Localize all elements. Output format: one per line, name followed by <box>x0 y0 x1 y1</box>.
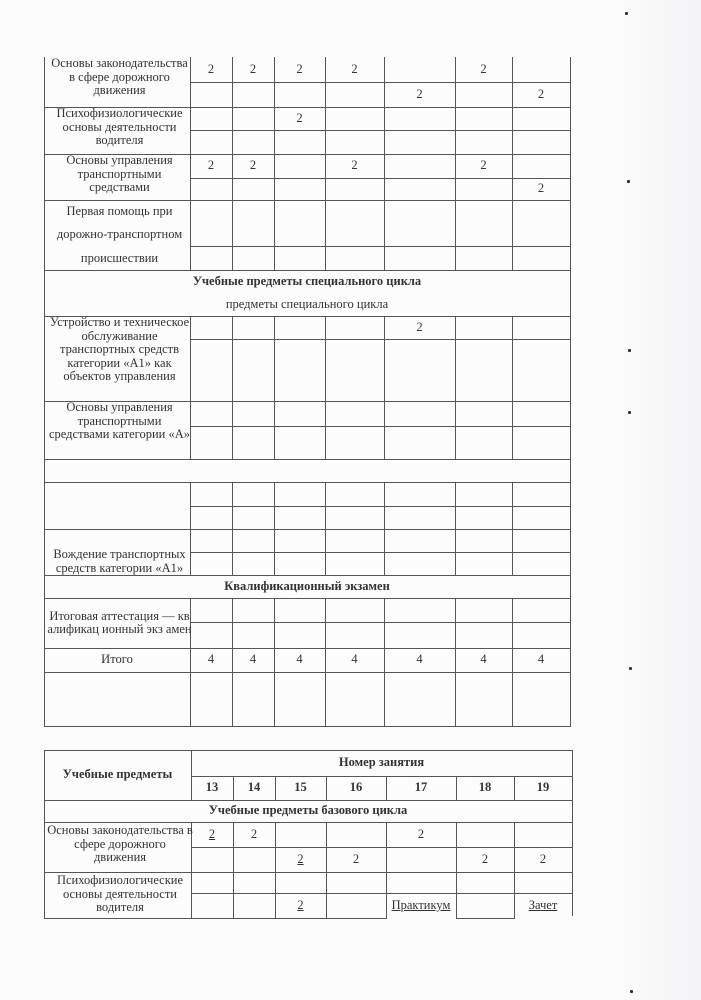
subject-cell: Основы законодательства в сфере дорожног… <box>45 57 194 107</box>
subject-cell: Основы законодательства в сфере дорожног… <box>45 822 195 874</box>
subject-line: происшествии <box>81 252 158 266</box>
lesson-cell <box>325 622 384 648</box>
lesson-cell: 2 <box>275 893 326 918</box>
lesson-cell <box>512 622 570 648</box>
lesson-cell <box>512 482 570 506</box>
lesson-cell <box>232 178 274 200</box>
lesson-cell <box>274 426 325 459</box>
lesson-cell: 2 <box>512 82 570 107</box>
lesson-cell <box>325 82 384 107</box>
lesson-number: 15 <box>275 776 326 800</box>
lesson-cell <box>512 426 570 459</box>
table-rule <box>512 672 513 726</box>
lesson-cell <box>232 339 274 401</box>
lesson-cell <box>384 57 455 82</box>
lesson-number: 18 <box>456 776 514 800</box>
lesson-cell <box>325 339 384 401</box>
lesson-cell <box>274 200 325 246</box>
table-rule <box>455 672 456 726</box>
lesson-cell <box>232 200 274 246</box>
table-right-border <box>570 57 571 726</box>
lesson-cell <box>274 598 325 622</box>
lesson-cell <box>190 482 232 506</box>
lesson-cell <box>384 482 455 506</box>
lesson-cell <box>232 130 274 154</box>
lesson-cell <box>455 529 512 552</box>
lesson-cell <box>190 178 232 200</box>
lesson-cell <box>512 316 570 339</box>
lesson-cell <box>274 401 325 426</box>
lesson-cell <box>274 130 325 154</box>
lesson-cell <box>384 552 455 575</box>
lesson-number: 19 <box>514 776 572 800</box>
lesson-cell <box>275 872 326 893</box>
lesson-cell <box>190 529 232 552</box>
lesson-cell: 2 <box>232 154 274 178</box>
total-value: 4 <box>512 648 570 672</box>
lesson-cell <box>512 57 570 82</box>
lesson-cell <box>512 339 570 401</box>
scan-dot <box>627 180 630 183</box>
lesson-cell <box>384 130 455 154</box>
lesson-cell: 2 <box>274 107 325 130</box>
lesson-cell: 2 <box>326 847 386 872</box>
lesson-cell <box>384 339 455 401</box>
lesson-cell <box>232 401 274 426</box>
lesson-cell <box>274 506 325 529</box>
table-rule <box>44 459 571 460</box>
lesson-cell <box>455 506 512 529</box>
lesson-cell <box>232 107 274 130</box>
lesson-cell <box>190 200 232 246</box>
lesson-cell: 2 <box>384 316 455 339</box>
scan-dot <box>628 349 631 352</box>
lesson-cell <box>274 82 325 107</box>
total-value: 4 <box>455 648 512 672</box>
lesson-cell <box>325 529 384 552</box>
lesson-cell <box>384 107 455 130</box>
total-value: 4 <box>325 648 384 672</box>
lesson-cell <box>232 529 274 552</box>
lesson-cell <box>455 339 512 401</box>
lesson-number: 17 <box>386 776 456 800</box>
total-value: 4 <box>384 648 455 672</box>
lesson-cell <box>274 552 325 575</box>
lesson-cell <box>384 506 455 529</box>
lesson-cell <box>274 339 325 401</box>
lesson-cell <box>190 506 232 529</box>
lesson-cell <box>274 529 325 552</box>
lesson-cell <box>233 893 275 918</box>
lesson-cell: 2 <box>275 847 326 872</box>
subject-cell: Вождение транспортных средств категории … <box>45 529 194 575</box>
lesson-cell <box>326 872 386 893</box>
lesson-cell <box>384 426 455 459</box>
lesson-cell: 2 <box>384 82 455 107</box>
lesson-cell <box>232 598 274 622</box>
lesson-cell <box>190 82 232 107</box>
section-heading-exam: Квалификационный экзамен <box>44 575 570 598</box>
subject-cell: Основы управления транспортными средства… <box>45 154 194 200</box>
lesson-cell <box>325 130 384 154</box>
lesson-cell <box>512 401 570 426</box>
lesson-cell <box>384 529 455 552</box>
lesson-cell <box>274 154 325 178</box>
lesson-cell: 2 <box>455 57 512 82</box>
table-rule <box>44 672 571 673</box>
scan-dot <box>628 411 631 414</box>
section-heading-base-cycle: Учебные предметы базового цикла <box>44 800 572 822</box>
scan-dot <box>630 990 633 993</box>
lesson-cell <box>384 178 455 200</box>
table-rule <box>384 672 385 726</box>
lesson-cell <box>384 401 455 426</box>
subject-cell: Психофизиологические основы деятельности… <box>45 872 195 920</box>
lesson-cell: 2 <box>232 57 274 82</box>
lesson-cell: 2 <box>512 178 570 200</box>
subject-cell: Основы управления транспортными средства… <box>45 401 194 459</box>
table-rule <box>190 672 191 726</box>
subject-cell <box>45 482 194 529</box>
subject-cell: Итоговая аттестация — кв алификац ионный… <box>45 598 194 648</box>
lesson-number: 16 <box>326 776 386 800</box>
scan-dot <box>629 667 632 670</box>
lesson-cell: 2 <box>233 822 275 847</box>
lesson-cell <box>455 82 512 107</box>
lesson-cell <box>512 529 570 552</box>
lesson-cell <box>512 598 570 622</box>
lesson-cell <box>190 107 232 130</box>
lesson-cell <box>275 822 326 847</box>
lesson-cell <box>455 246 512 270</box>
subject-line: дорожно-транспортном <box>57 228 182 242</box>
lesson-cell: Зачет <box>514 893 572 918</box>
table-rule <box>232 672 233 726</box>
lesson-cell <box>384 622 455 648</box>
lesson-cell <box>514 822 572 847</box>
lesson-cell <box>325 552 384 575</box>
subject-cell: Первая помощь придорожно-транспортномпро… <box>45 200 194 270</box>
subject-line: Первая помощь при <box>67 205 173 219</box>
lesson-cell <box>190 598 232 622</box>
lesson-cell <box>190 401 232 426</box>
total-value: 4 <box>274 648 325 672</box>
subject-cell: Психофизиологические основы деятельности… <box>45 107 194 154</box>
lesson-cell <box>384 246 455 270</box>
lesson-cell <box>190 552 232 575</box>
lesson-number: 14 <box>233 776 275 800</box>
lesson-cell <box>456 893 514 918</box>
scan-dot <box>625 12 628 15</box>
lesson-cell <box>455 178 512 200</box>
lesson-cell: 2 <box>191 822 233 847</box>
lesson-cell: 2 <box>455 154 512 178</box>
lesson-cell <box>232 426 274 459</box>
lesson-number: 13 <box>191 776 233 800</box>
lesson-cell <box>456 872 514 893</box>
lesson-cell <box>325 107 384 130</box>
lesson-cell <box>512 506 570 529</box>
lesson-cell <box>274 178 325 200</box>
lesson-cell <box>384 200 455 246</box>
lesson-cell <box>384 598 455 622</box>
lesson-cell <box>455 426 512 459</box>
lesson-cell <box>232 482 274 506</box>
lesson-cell <box>325 316 384 339</box>
lesson-cell <box>512 154 570 178</box>
lesson-cell <box>232 82 274 107</box>
lesson-cell <box>190 426 232 459</box>
lesson-cell: 2 <box>514 847 572 872</box>
lesson-cell <box>325 246 384 270</box>
lesson-cell <box>190 339 232 401</box>
lesson-cell <box>325 426 384 459</box>
section-heading-special-cycle: Учебные предметы специального цикла <box>44 270 570 294</box>
subject-cell: Устройство и техническое обслуживание тр… <box>45 316 194 401</box>
lesson-cell <box>232 506 274 529</box>
lesson-cell <box>455 482 512 506</box>
lesson-cell <box>191 872 233 893</box>
lesson-cell <box>384 154 455 178</box>
lesson-cell: 2 <box>456 847 514 872</box>
lesson-cell: 2 <box>190 57 232 82</box>
lesson-cell <box>326 893 386 918</box>
lesson-cell: Практикум <box>386 893 456 918</box>
lesson-cell <box>455 107 512 130</box>
lesson-cell <box>386 847 456 872</box>
table-rule <box>274 672 275 726</box>
lesson-cell <box>512 200 570 246</box>
lesson-cell <box>190 246 232 270</box>
lesson-cell <box>191 893 233 918</box>
lesson-cell <box>455 130 512 154</box>
header-lesson-number: Номер занятия <box>191 750 572 776</box>
table-rule <box>325 672 326 726</box>
table-rule <box>456 918 515 919</box>
table-rule <box>44 726 571 727</box>
table-rule <box>44 482 571 483</box>
lesson-cell <box>455 200 512 246</box>
lesson-cell: 2 <box>325 57 384 82</box>
lesson-cell <box>456 822 514 847</box>
lesson-cell <box>455 622 512 648</box>
lesson-cell <box>232 552 274 575</box>
section-subheading: предметы специального цикла <box>44 293 570 316</box>
lesson-cell <box>512 107 570 130</box>
lesson-cell <box>386 872 456 893</box>
lesson-cell <box>232 622 274 648</box>
lesson-cell <box>455 316 512 339</box>
header-subjects: Учебные предметы <box>44 750 191 800</box>
lesson-cell <box>325 482 384 506</box>
lesson-cell <box>325 598 384 622</box>
lesson-cell <box>274 482 325 506</box>
table-rule <box>572 872 573 916</box>
lesson-cell <box>191 847 233 872</box>
lesson-cell <box>325 506 384 529</box>
lesson-cell <box>274 246 325 270</box>
lesson-cell <box>325 178 384 200</box>
lesson-cell <box>326 822 386 847</box>
lesson-cell <box>274 316 325 339</box>
lesson-cell <box>190 622 232 648</box>
lesson-cell <box>455 401 512 426</box>
total-value: 4 <box>232 648 274 672</box>
lesson-cell <box>514 872 572 893</box>
scan-shading <box>611 0 701 1000</box>
lesson-cell <box>233 847 275 872</box>
lesson-cell <box>325 401 384 426</box>
lesson-cell <box>190 316 232 339</box>
lesson-cell: 2 <box>190 154 232 178</box>
lesson-cell: 2 <box>325 154 384 178</box>
lesson-cell <box>232 246 274 270</box>
lesson-cell <box>512 130 570 154</box>
lesson-cell <box>325 200 384 246</box>
lesson-cell: 2 <box>274 57 325 82</box>
lesson-cell <box>512 246 570 270</box>
lesson-cell <box>455 552 512 575</box>
lesson-cell <box>233 872 275 893</box>
lesson-cell <box>232 316 274 339</box>
lesson-cell <box>274 622 325 648</box>
lesson-cell: 2 <box>386 822 456 847</box>
lesson-cell <box>190 130 232 154</box>
lesson-cell <box>512 552 570 575</box>
total-value: 4 <box>190 648 232 672</box>
total-label: Итого <box>44 648 190 672</box>
lesson-cell <box>455 598 512 622</box>
